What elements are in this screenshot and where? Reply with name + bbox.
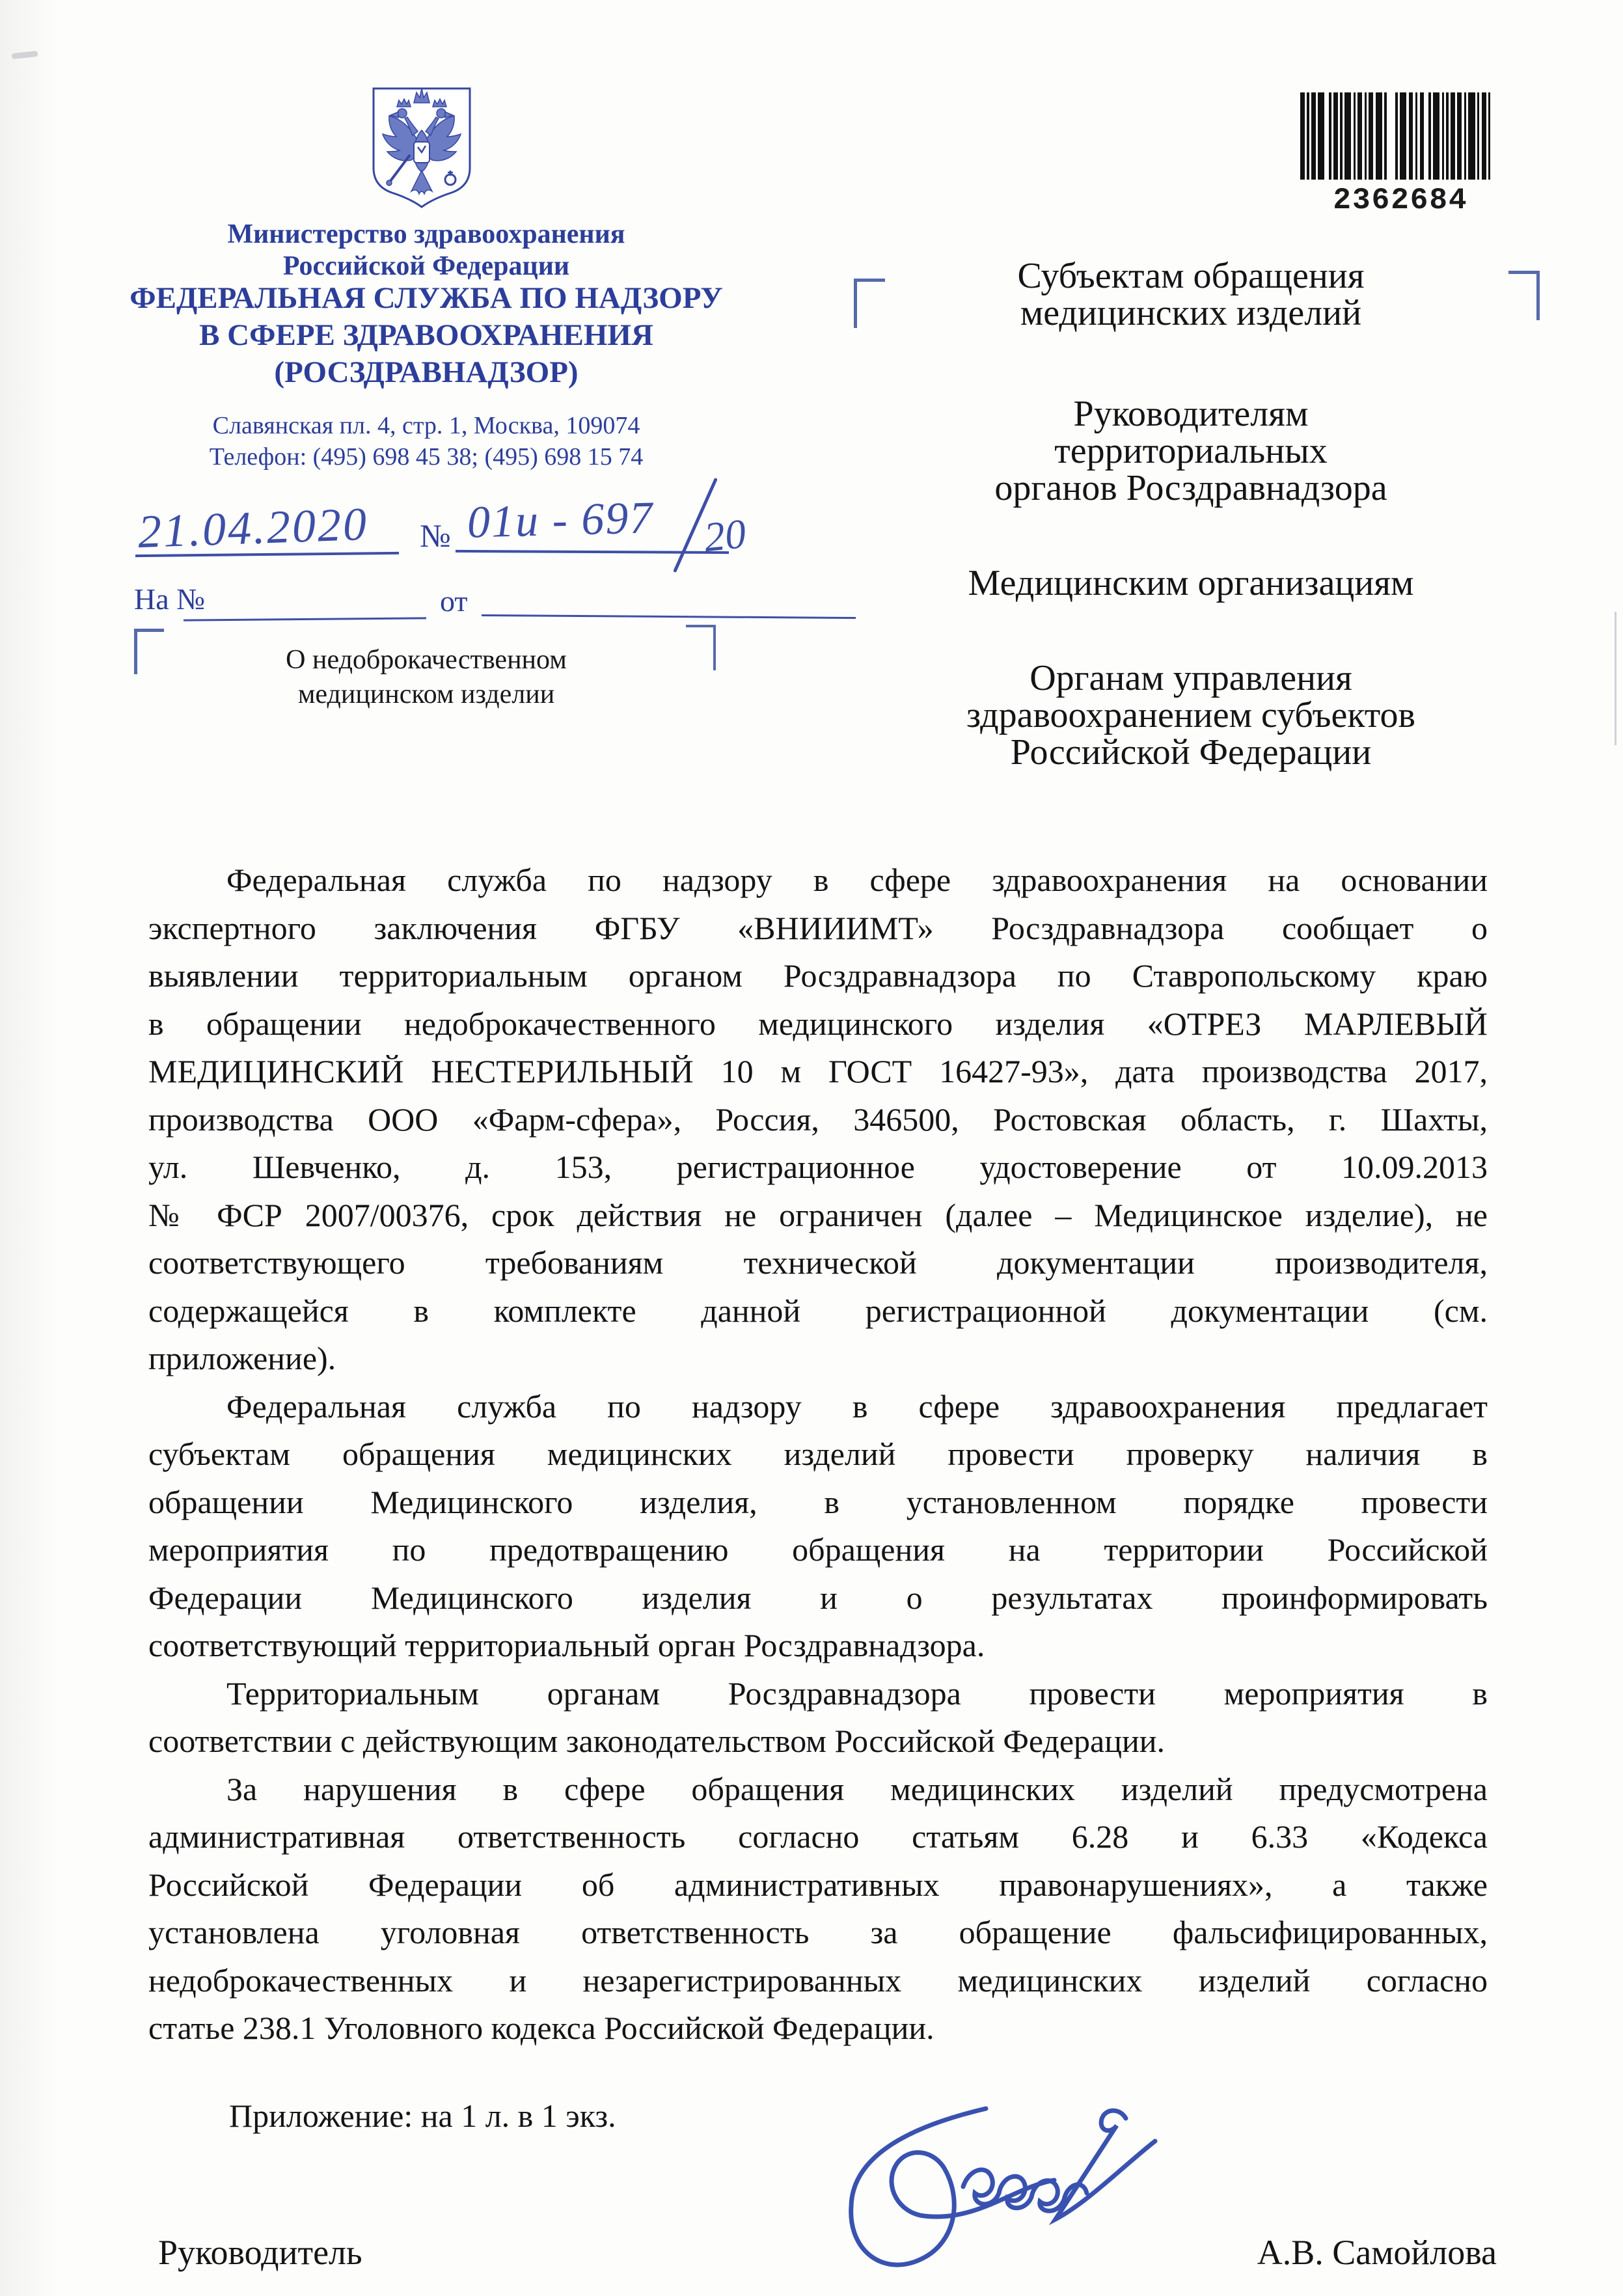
subject-corner-mark	[713, 625, 716, 670]
letter-page: 2362684 Министерство здравоохранения Рос…	[0, 0, 1623, 2296]
body-line: производства ООО «Фарм-сфера», Россия, 3…	[148, 1096, 1488, 1144]
sender-phone: Телефон: (495) 698 45 38; (495) 698 15 7…	[117, 441, 735, 472]
recipient-block: Субъектам обращения медицинских изделий	[866, 258, 1516, 332]
body-line: выявлении территориальным органом Росздр…	[148, 952, 1488, 1000]
body-line: соответствующий территориальный орган Ро…	[148, 1622, 1488, 1670]
number-sign-label: №	[420, 517, 451, 554]
subject-line: О недоброкачественном	[215, 643, 638, 677]
barcode-number: 2362684	[1300, 184, 1501, 217]
body-line: ул. Шевченко, д. 153, регистрационное уд…	[148, 1143, 1488, 1192]
recipient-line: здравоохранением субъектов	[866, 697, 1516, 734]
sender-contacts: Славянская пл. 4, стр. 1, Москва, 109074…	[117, 410, 735, 472]
in-reply-from-label: от	[440, 584, 468, 618]
subject-corner-mark	[134, 629, 137, 674]
subject-corner-mark	[134, 629, 164, 632]
ministry-line: Российской Федерации	[117, 251, 735, 282]
recipient-line: Российской Федерации	[866, 734, 1516, 771]
body-line: Федеральная служба по надзору в сфере зд…	[148, 856, 1488, 905]
body-line: мероприятия по предотвращению обращения …	[148, 1526, 1488, 1574]
recipient-line: территориальных	[866, 433, 1516, 470]
body-line: соответствующего требованиям технической…	[148, 1239, 1488, 1287]
sender-address: Славянская пл. 4, стр. 1, Москва, 109074	[117, 410, 735, 441]
body-line: соответствии с действующим законодательс…	[148, 1717, 1488, 1766]
service-line: (РОСЗДРАВНАДЗОР)	[104, 354, 748, 391]
handwritten-outgoing-number: 01и - 697	[467, 492, 654, 549]
subject: О недоброкачественном медицинском издели…	[215, 643, 638, 712]
signer-title: Руководитель	[158, 2232, 362, 2273]
address-corner-mark	[854, 279, 857, 328]
in-reply-date-underline	[482, 614, 856, 619]
recipient-line: органов Росздравнадзора	[866, 470, 1516, 507]
scan-artifact-line	[1615, 612, 1616, 745]
number-underline	[456, 550, 729, 554]
recipient-line: Субъектам обращения	[866, 258, 1516, 295]
recipient-block: Руководителям территориальных органов Ро…	[866, 396, 1516, 507]
recipient-block: Органам управления здравоохранением субъ…	[866, 660, 1516, 771]
body-line: МЕДИЦИНСКИЙ НЕСТЕРИЛЬНЫЙ 10 м ГОСТ 16427…	[148, 1048, 1488, 1096]
recipient-line: Органам управления	[866, 660, 1516, 697]
service-line: ФЕДЕРАЛЬНАЯ СЛУЖБА ПО НАДЗОРУ	[104, 280, 748, 317]
attachment-note: Приложение: на 1 л. в 1 экз.	[229, 2097, 616, 2135]
body-line: недоброкачественных и незарегистрированн…	[148, 1957, 1488, 2005]
body-line: За нарушения в сфере обращения медицинск…	[148, 1766, 1488, 1814]
body-line: экспертного заключения ФГБУ «ВНИИИМТ» Ро…	[148, 905, 1488, 953]
recipient-line: Руководителям	[866, 396, 1516, 433]
handwritten-date: 21.04.2020	[137, 497, 370, 559]
body-line: статье 238.1 Уголовного кодекса Российск…	[148, 2004, 1488, 2053]
body-line: № ФСР 2007/00376, срок действия не огран…	[148, 1192, 1488, 1240]
signer-name: А.В. Самойлова	[1106, 2232, 1497, 2273]
coat-of-arms-icon	[368, 85, 475, 211]
body-line: содержащейся в комплекте данной регистра…	[148, 1287, 1488, 1335]
body-line: приложение).	[148, 1335, 1488, 1383]
body-line: Федерации Медицинского изделия и о резул…	[148, 1574, 1488, 1622]
letter-body: Федеральная служба по надзору в сфере зд…	[148, 856, 1488, 2053]
service-line: В СФЕРЕ ЗДРАВООХРАНЕНИЯ	[104, 317, 748, 354]
sender-service-name: ФЕДЕРАЛЬНАЯ СЛУЖБА ПО НАДЗОРУ В СФЕРЕ ЗД…	[104, 280, 748, 391]
body-line: установлена уголовная ответственность за…	[148, 1909, 1488, 1957]
in-reply-number-underline	[184, 617, 426, 621]
recipient-line: медицинских изделий	[866, 295, 1516, 332]
body-line: обращении Медицинского изделия, в устано…	[148, 1479, 1488, 1527]
in-reply-to-label: На №	[134, 582, 205, 616]
handwritten-number-suffix: 20	[702, 510, 748, 562]
body-line: Территориальным органам Росздравнадзора …	[148, 1670, 1488, 1718]
body-line: субъектам обращения медицинских изделий …	[148, 1430, 1488, 1479]
sender-ministry: Министерство здравоохранения Российской …	[117, 219, 735, 282]
address-corner-mark	[1536, 271, 1540, 320]
ministry-line: Министерство здравоохранения	[117, 219, 735, 251]
subject-corner-mark	[686, 625, 716, 627]
body-line: административная ответственность согласн…	[148, 1813, 1488, 1861]
recipient-line: Медицинским организациям	[866, 565, 1516, 602]
body-line: в обращении недоброкачественного медицин…	[148, 1000, 1488, 1048]
barcode: 2362684	[1300, 92, 1501, 211]
scan-artifact-dash	[12, 51, 38, 59]
barcode-bars	[1300, 92, 1501, 180]
recipient-block: Медицинским организациям	[866, 565, 1516, 602]
body-line: Федеральная служба по надзору в сфере зд…	[148, 1383, 1488, 1431]
subject-line: медицинском изделии	[215, 677, 638, 712]
body-line: Российской Федерации об административных…	[148, 1861, 1488, 1909]
